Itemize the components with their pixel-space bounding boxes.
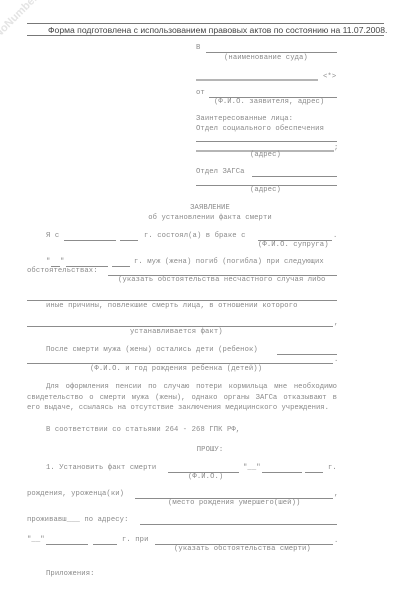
social-dept-label: Отдел социального обеспечения	[196, 125, 324, 133]
request-heading: ПРОШУ:	[0, 446, 420, 454]
zags-field[interactable]	[252, 176, 337, 177]
birthplace-caption: (место рождения умершего(шей))	[168, 499, 300, 507]
address-caption-2: (адрес)	[250, 186, 281, 194]
interested-label: Заинтересованные лица:	[196, 115, 293, 123]
death-quote-close: "	[60, 258, 64, 266]
footnote-field[interactable]	[196, 79, 318, 81]
item1-year: г.	[328, 464, 337, 472]
circumstances-caption-3: устанавливается факт)	[130, 328, 223, 336]
spouse-caption: (Ф.И.О. супруга)	[258, 241, 329, 249]
address-caption-1: (адрес)	[250, 151, 281, 159]
circumstances-caption-2: иные причины, повлекшие смерть лица, в о…	[46, 302, 298, 310]
header-rule-bottom	[27, 35, 384, 36]
circumstances-field-3[interactable]	[27, 326, 333, 327]
item1-prefix: 1. Установить факт смерти	[46, 464, 156, 472]
form-note: Форма подготовлена с использованием прав…	[48, 25, 387, 35]
birth-year-field[interactable]	[305, 472, 323, 473]
zags-label: Отдел ЗАГСа	[196, 168, 245, 176]
marriage-mid: г. состоял(а) в браке с	[144, 232, 246, 240]
circumstances-caption-1: (указать обстоятельства несчастного случ…	[118, 276, 325, 284]
pension-paragraph: Для оформления пенсии по случаю потери к…	[27, 382, 337, 414]
marriage-end: .	[333, 232, 337, 240]
residence-prefix: проживавш___ по адресу:	[27, 516, 129, 524]
children-field-1[interactable]	[277, 354, 337, 355]
death-circumstances-caption: (указать обстоятельства смерти)	[174, 545, 311, 553]
death-mid: г. муж (жена) погиб (погибла) при следую…	[134, 258, 324, 266]
court-name-field[interactable]	[206, 52, 337, 53]
children-text: После смерти мужа (жены) остались дети (…	[46, 346, 258, 354]
birth-prefix: рождения, уроженца(ки)	[27, 490, 124, 498]
footnote-mark: <*>	[323, 73, 336, 81]
death-year-field[interactable]	[112, 266, 130, 267]
death-quote-open: "	[46, 258, 50, 266]
court-caption: (наименование суда)	[224, 54, 308, 62]
death-date-year-field[interactable]	[93, 544, 117, 545]
attachments-label: Приложения:	[46, 570, 95, 578]
fio-caption: (Ф.И.О.)	[188, 473, 223, 481]
children-field-2[interactable]	[27, 363, 333, 364]
date-quote: "__"	[27, 536, 45, 544]
document-subtitle: об установлении факта смерти	[0, 214, 420, 222]
social-dept-field-1[interactable]	[196, 141, 337, 142]
from-prefix: от	[196, 89, 205, 97]
residence-field[interactable]	[140, 524, 337, 525]
to-prefix: В	[196, 44, 200, 52]
circumstances-end: ,	[334, 319, 338, 327]
circumstances-label: обстоятельствах:	[27, 267, 98, 275]
marriage-prefix: Я с	[46, 232, 59, 240]
birth-month-field[interactable]	[262, 472, 302, 473]
date-end: .	[334, 537, 338, 545]
date-mid: г. при	[122, 536, 148, 544]
document-title: ЗАЯВЛЕНИЕ	[0, 204, 420, 212]
marriage-year-field[interactable]	[120, 240, 138, 241]
marriage-date-field[interactable]	[64, 240, 116, 241]
circumstances-field-2[interactable]	[27, 300, 337, 301]
legal-basis: В соответствии со статьями 264 - 268 ГПК…	[46, 426, 240, 434]
header-rule-top	[27, 23, 384, 24]
applicant-caption: (Ф.И.О. заявителя, адрес)	[214, 98, 324, 106]
death-date-month-field[interactable]	[46, 544, 88, 545]
semicolon: ;	[334, 144, 338, 152]
children-caption: (Ф.И.О. и год рождения ребенка (детей))	[90, 365, 262, 373]
children-end: .	[334, 356, 338, 364]
item1-quote: "__"	[243, 464, 261, 472]
birth-end: ,	[334, 490, 338, 498]
